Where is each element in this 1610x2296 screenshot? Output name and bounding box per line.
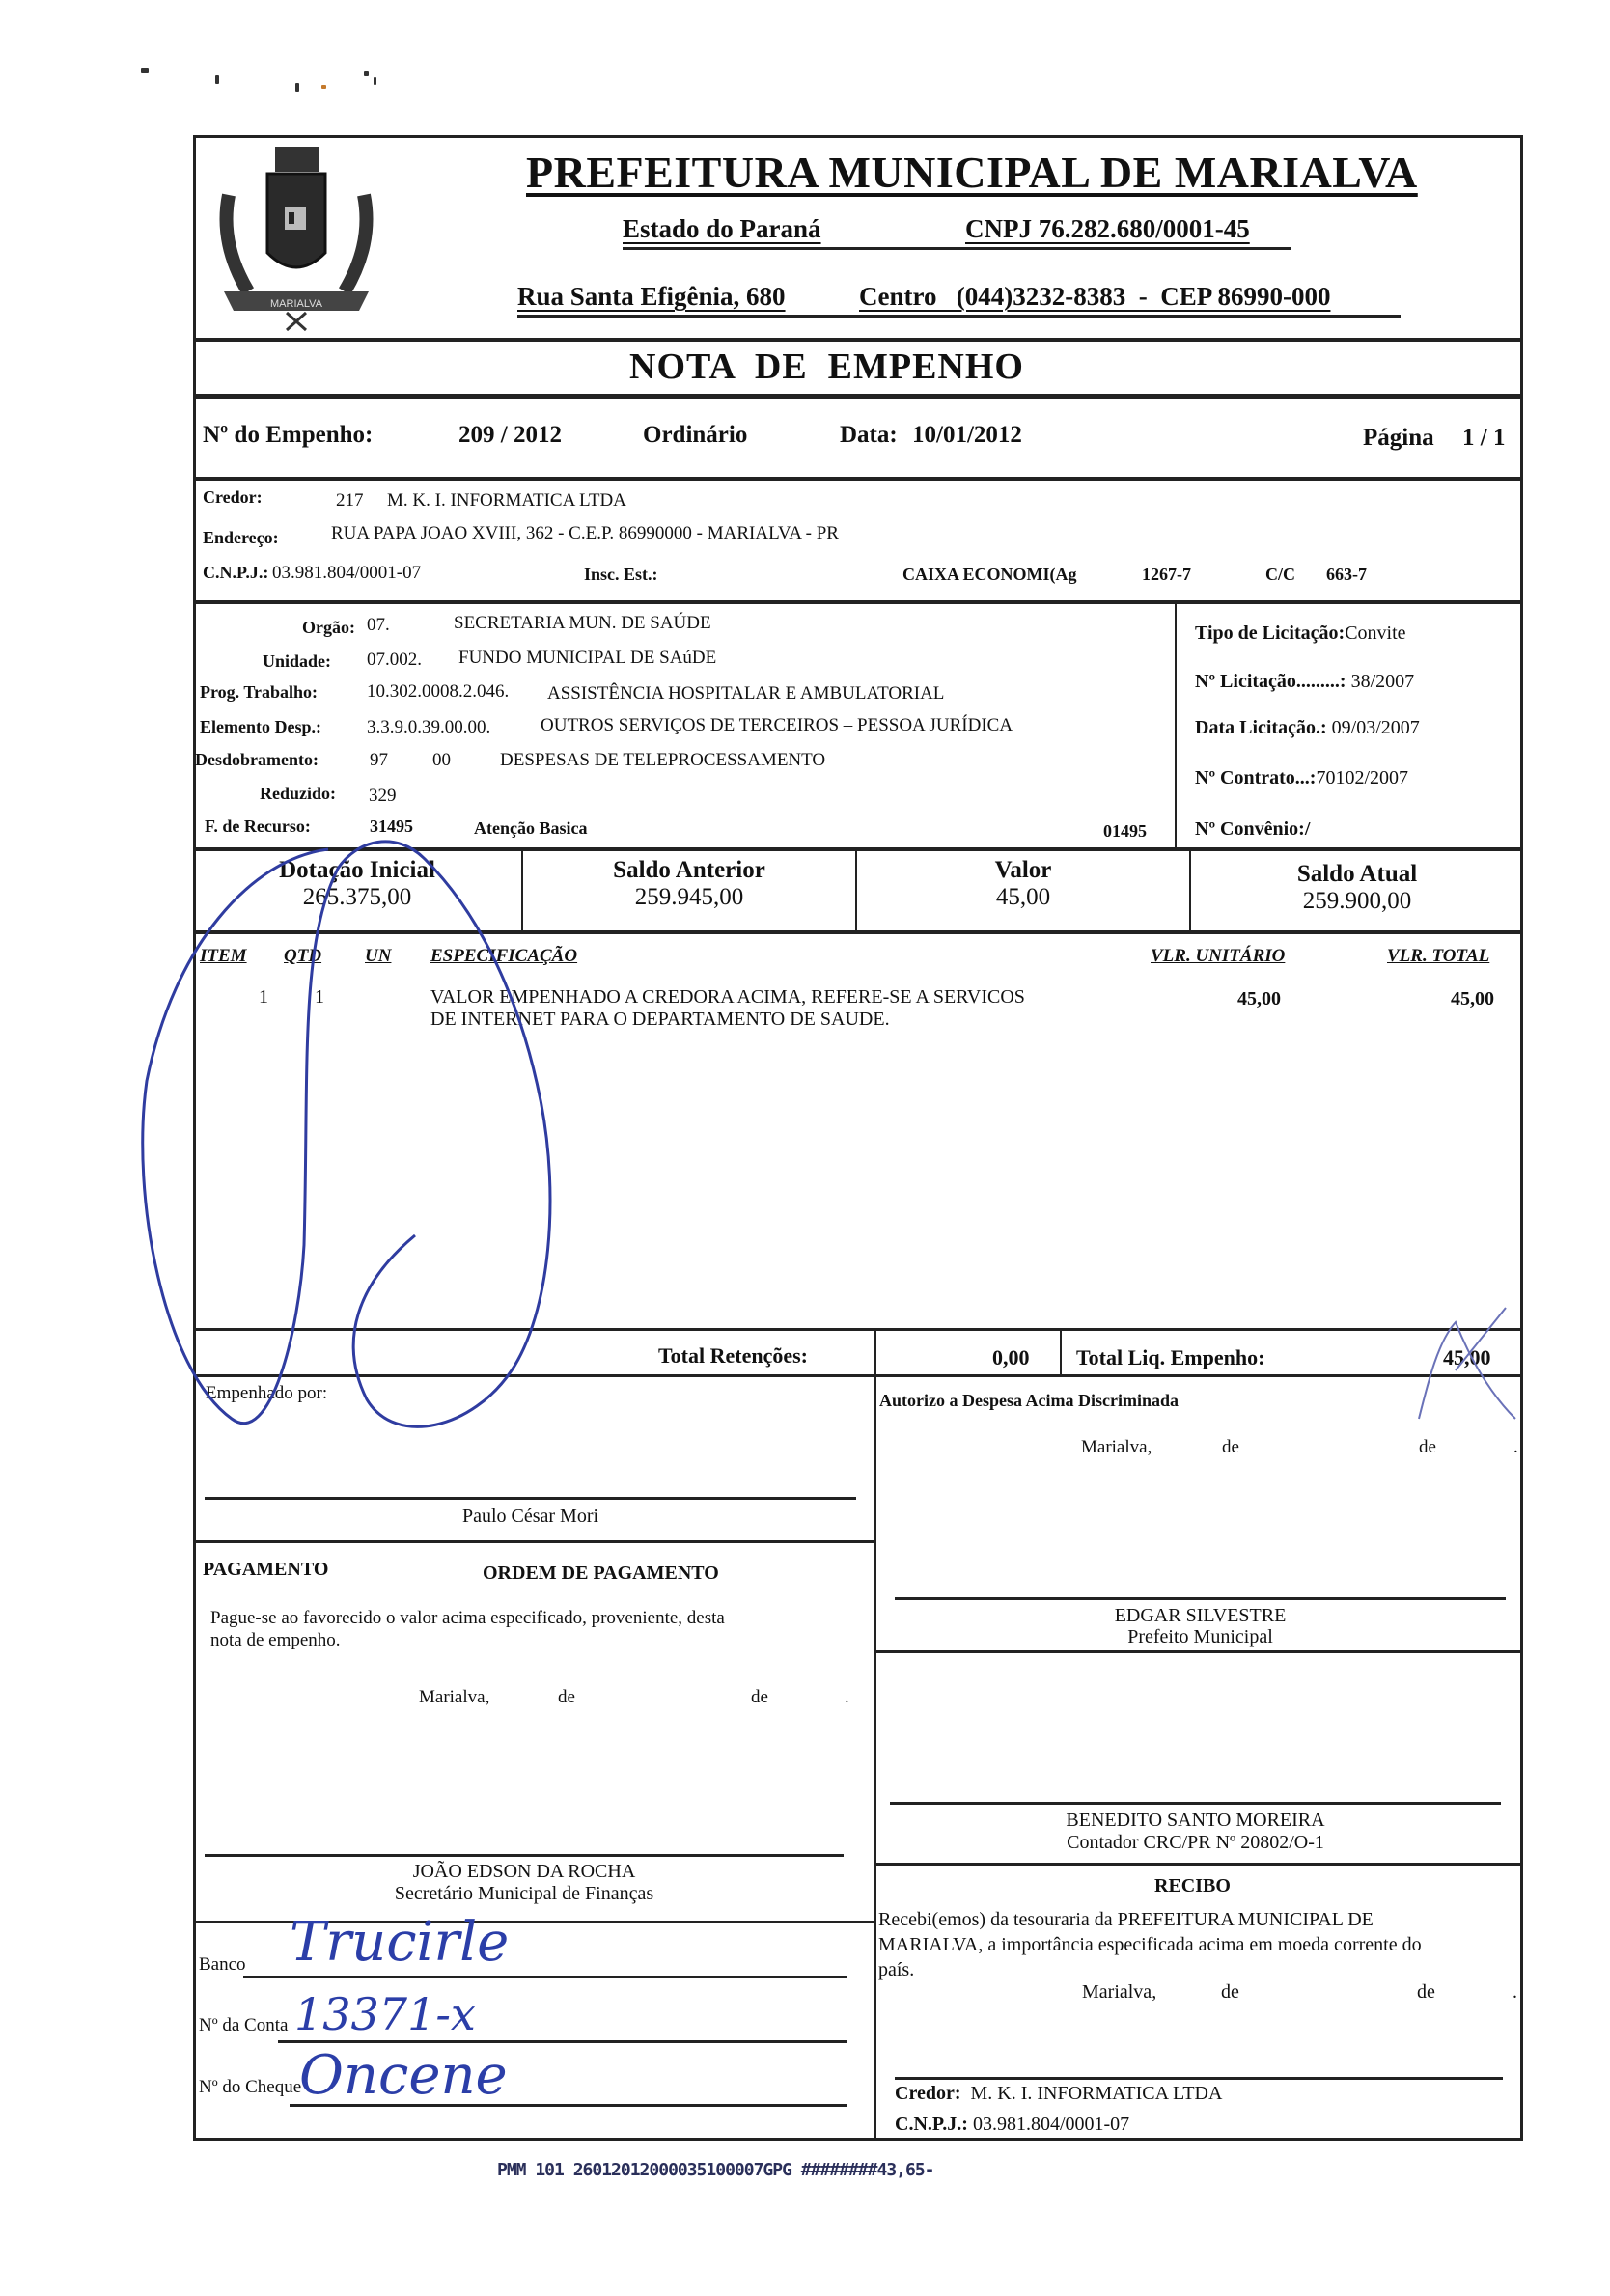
scan-speck — [364, 71, 369, 76]
divider — [1175, 602, 1177, 849]
authorization-de2: de — [1419, 1437, 1436, 1458]
receipt-de2: de — [1417, 1981, 1435, 2004]
bidding-date: Data Licitação.: 09/03/2007 — [1195, 717, 1420, 739]
header-unit-value: VLR. UNITÁRIO — [1151, 946, 1285, 967]
unidade-label: Unidade: — [263, 651, 331, 672]
payment-de2: de — [751, 1687, 768, 1708]
row-qtd: 1 — [315, 986, 324, 1009]
prog-trabalho-code: 10.302.0008.2.046. — [367, 681, 509, 703]
receipt-creditor-label: Credor: — [895, 2083, 961, 2104]
desdobramento-a: 97 — [370, 750, 388, 771]
authorization-place: Marialva, — [1081, 1437, 1152, 1458]
authorization-de1: de — [1222, 1437, 1239, 1458]
authorization-dot: . — [1513, 1437, 1518, 1458]
payment-dot: . — [845, 1687, 849, 1708]
creditor-code: 217 — [336, 490, 364, 512]
receipt-creditor: Credor: M. K. I. INFORMATICA LTDA — [895, 2083, 1222, 2105]
bank-line — [243, 1976, 847, 1978]
balance-dotacao-inicial: Dotação Inicial 265.375,00 — [193, 853, 521, 930]
divider — [193, 477, 1523, 481]
retencoes-label: Total Retenções: — [658, 1343, 808, 1369]
cheque-label: Nº do Cheque — [199, 2077, 301, 2098]
fonte-recurso-name: Atenção Basica — [474, 818, 587, 839]
unidade-code: 07.002. — [367, 650, 422, 671]
balance-label: Saldo Atual — [1191, 861, 1523, 888]
balance-value: 259.945,00 — [523, 884, 855, 911]
agreement-number-value: / — [1305, 818, 1311, 840]
empenho-date: 10/01/2012 — [912, 422, 1022, 449]
committed-by-label: Empenhado por: — [206, 1383, 327, 1404]
prog-trabalho-name: ASSISTÊNCIA HOSPITALAR E AMBULATORIAL — [547, 683, 944, 705]
reduzido-value: 329 — [369, 786, 397, 807]
header-spec: ESPECIFICAÇÃO — [430, 946, 577, 967]
divider — [193, 1328, 1523, 1331]
row-total-value: 45,00 — [1451, 988, 1494, 1010]
divider — [1060, 1330, 1062, 1374]
page-label: Página — [1363, 425, 1434, 452]
state-cnpj-underline — [623, 247, 1291, 250]
divider — [874, 1650, 1523, 1653]
reduzido-label: Reduzido: — [260, 784, 336, 804]
agreement-number-label: Nº Convênio: — [1195, 818, 1305, 840]
orgao-name: SECRETARIA MUN. DE SAÚDE — [454, 613, 711, 634]
prog-trabalho-label: Prog. Trabalho: — [200, 682, 318, 703]
bank-name: CAIXA ECONOMI(Ag — [902, 565, 1077, 585]
header-qtd: QTD — [284, 946, 321, 967]
divider — [193, 1374, 1523, 1377]
scan-speck — [141, 68, 149, 73]
divider — [193, 394, 1523, 399]
fonte-recurso-alt: 01495 — [1103, 821, 1147, 842]
row-unit-value: 45,00 — [1237, 988, 1281, 1010]
receipt-creditor-name: M. K. I. INFORMATICA LTDA — [971, 2083, 1223, 2104]
svg-text:MARIALVA: MARIALVA — [270, 298, 323, 310]
receipt-text-line2: MARIALVA, a importância especificada aci… — [878, 1934, 1422, 1956]
divider — [193, 338, 1523, 342]
bank-handwritten-value: Trucirle — [290, 1911, 509, 1974]
balance-label: Valor — [857, 857, 1189, 884]
balance-saldo-anterior: Saldo Anterior 259.945,00 — [523, 853, 855, 930]
balance-valor: Valor 45,00 — [857, 853, 1189, 930]
balance-value: 259.900,00 — [1191, 888, 1523, 915]
orgao-label: Orgão: — [302, 618, 355, 638]
payment-signer: JOÃO EDSON DA ROCHA — [205, 1861, 844, 1883]
contract-number-value: 70102/2007 — [1316, 767, 1408, 788]
row-spec-line2: DE INTERNET PARA O DEPARTAMENTO DE SAUDE… — [430, 1009, 890, 1031]
payment-de1: de — [558, 1687, 575, 1708]
creditor-name: M. K. I. INFORMATICA LTDA — [387, 490, 626, 512]
empenho-type: Ordinário — [643, 422, 747, 449]
signature-line — [895, 2077, 1503, 2080]
divider — [874, 1374, 876, 2139]
bidding-type-value: Convite — [1345, 622, 1405, 644]
empenho-date-label: Data: — [840, 422, 898, 449]
authorization-title: Autorizo a Despesa Acima Discriminada — [879, 1391, 1179, 1411]
payment-signer-role: Secretário Municipal de Finanças — [205, 1883, 844, 1905]
authentication-code: PMM 101 26012012000035100007GPG ########… — [497, 2160, 934, 2180]
bank-account: 663-7 — [1326, 565, 1367, 585]
unidade-name: FUNDO MUNICIPAL DE SAúDE — [458, 648, 716, 669]
divider — [874, 1863, 1523, 1866]
receipt-de1: de — [1221, 1981, 1239, 2004]
account-handwritten-value: 13371-x — [294, 1988, 476, 2040]
bidding-number: Nº Licitação.........: 38/2007 — [1195, 671, 1414, 693]
divider — [874, 1330, 876, 1374]
municipality-address: Rua Santa Efigênia, 680 — [517, 282, 786, 312]
account-line — [278, 2040, 847, 2043]
agreement-number: Nº Convênio:/ — [1195, 818, 1310, 841]
bidding-date-label: Data Licitação.: — [1195, 717, 1332, 738]
desdobramento-name: DESPESAS DE TELEPROCESSAMENTO — [500, 750, 825, 771]
elemento-name: OUTROS SERVIÇOS DE TERCEIROS – PESSOA JU… — [541, 715, 1013, 736]
state-name: Estado do Paraná — [623, 214, 821, 244]
row-item: 1 — [259, 986, 268, 1009]
cnpj-label: C.N.P.J.: — [203, 563, 268, 583]
receipt-place: Marialva, — [1082, 1981, 1156, 2004]
account-label: Nº da Conta — [199, 2015, 288, 2036]
coat-of-arms-icon: MARIALVA — [200, 137, 393, 340]
address-underline — [517, 315, 1401, 318]
elemento-label: Elemento Desp.: — [200, 717, 321, 737]
empenho-number: 209 / 2012 — [458, 422, 562, 449]
retencoes-value: 0,00 — [992, 1345, 1030, 1370]
document-title: NOTA DE EMPENHO — [629, 346, 1024, 388]
signature-line — [205, 1497, 856, 1500]
balance-saldo-atual: Saldo Atual 259.900,00 — [1191, 857, 1523, 934]
balance-value: 45,00 — [857, 884, 1189, 911]
desdobramento-label: Desdobramento: — [195, 750, 319, 770]
contract-number-label: Nº Contrato...: — [1195, 767, 1316, 788]
bidding-date-value: 09/03/2007 — [1332, 717, 1420, 738]
empenho-number-label: Nº do Empenho: — [203, 422, 373, 449]
header-item: ITEM — [200, 946, 247, 967]
payment-label: PAGAMENTO — [203, 1559, 328, 1581]
desdobramento-b: 00 — [432, 750, 451, 771]
balance-label: Dotação Inicial — [193, 857, 521, 884]
total-liquido-value: 45,00 — [1443, 1345, 1491, 1370]
bidding-type: Tipo de Licitação:Convite — [1195, 622, 1406, 645]
divider — [193, 847, 1523, 851]
municipality-title: PREFEITURA MUNICIPAL DE MARIALVA — [526, 147, 1418, 198]
total-liquido-label: Total Liq. Empenho: — [1076, 1345, 1264, 1370]
signature-line — [890, 1802, 1501, 1805]
bidding-number-value: 38/2007 — [1351, 671, 1415, 692]
insc-est-label: Insc. Est.: — [584, 565, 658, 585]
bank-agency: 1267-7 — [1142, 565, 1191, 585]
creditor-address: RUA PAPA JOAO XVIII, 362 - C.E.P. 869900… — [331, 523, 839, 544]
contract-number: Nº Contrato...:70102/2007 — [1195, 767, 1408, 789]
orgao-code: 07. — [367, 615, 390, 636]
cc-label: C/C — [1265, 565, 1295, 585]
header-total-value: VLR. TOTAL — [1387, 946, 1489, 967]
receipt-text-line3: país. — [878, 1959, 914, 1981]
payment-place: Marialva, — [419, 1687, 489, 1708]
signature-line — [895, 1597, 1506, 1600]
municipality-cnpj: CNPJ 76.282.680/0001-45 — [965, 214, 1250, 244]
balance-value: 265.375,00 — [193, 884, 521, 911]
fonte-recurso-label: F. de Recurso: — [205, 816, 311, 837]
committed-by-signer: Paulo César Mori — [205, 1506, 856, 1528]
receipt-dot: . — [1513, 1981, 1517, 2004]
receipt-title: RECIBO — [1154, 1875, 1231, 1897]
scan-speck — [321, 85, 326, 89]
page-number: 1 / 1 — [1462, 425, 1505, 452]
address-label: Endereço: — [203, 528, 279, 548]
elemento-code: 3.3.9.0.39.00.00. — [367, 717, 490, 738]
receipt-text-line1: Recebi(emos) da tesouraria da PREFEITURA… — [878, 1909, 1374, 1931]
divider — [193, 1540, 874, 1543]
creditor-cnpj: 03.981.804/0001-07 — [272, 563, 421, 584]
scan-speck — [374, 77, 376, 85]
signature-line — [205, 1854, 844, 1857]
cheque-handwritten-value: Oncene — [299, 2044, 508, 2107]
payment-order-title: ORDEM DE PAGAMENTO — [483, 1563, 719, 1585]
payment-text-line1: Pague-se ao favorecido o valor acima esp… — [210, 1608, 725, 1629]
bidding-number-label: Nº Licitação.........: — [1195, 671, 1351, 692]
header-un: UN — [365, 946, 391, 967]
accountant-signer: BENEDITO SANTO MOREIRA — [890, 1810, 1501, 1832]
fonte-recurso-code: 31495 — [370, 816, 413, 837]
receipt-cnpj: C.N.P.J.: 03.981.804/0001-07 — [895, 2114, 1129, 2136]
municipality-contact: Centro (044)3232-8383 - CEP 86990-000 — [859, 282, 1330, 312]
scan-speck — [295, 83, 299, 92]
receipt-cnpj-value: 03.981.804/0001-07 — [973, 2114, 1129, 2135]
balance-label: Saldo Anterior — [523, 857, 855, 884]
accountant-signer-role: Contador CRC/PR Nº 20802/O-1 — [890, 1832, 1501, 1854]
scan-speck — [215, 75, 219, 84]
divider — [193, 600, 1523, 604]
divider — [193, 930, 1523, 934]
creditor-label: Credor: — [203, 487, 263, 508]
authorization-signer: EDGAR SILVESTRE — [895, 1605, 1506, 1627]
bidding-type-label: Tipo de Licitação: — [1195, 622, 1345, 644]
payment-text-line2: nota de empenho. — [210, 1630, 341, 1651]
bank-label: Banco — [199, 1954, 246, 1976]
row-spec-line1: VALOR EMPENHADO A CREDORA ACIMA, REFERE-… — [430, 986, 1025, 1009]
authorization-signer-role: Prefeito Municipal — [895, 1626, 1506, 1648]
receipt-cnpj-label: C.N.P.J.: — [895, 2114, 968, 2135]
